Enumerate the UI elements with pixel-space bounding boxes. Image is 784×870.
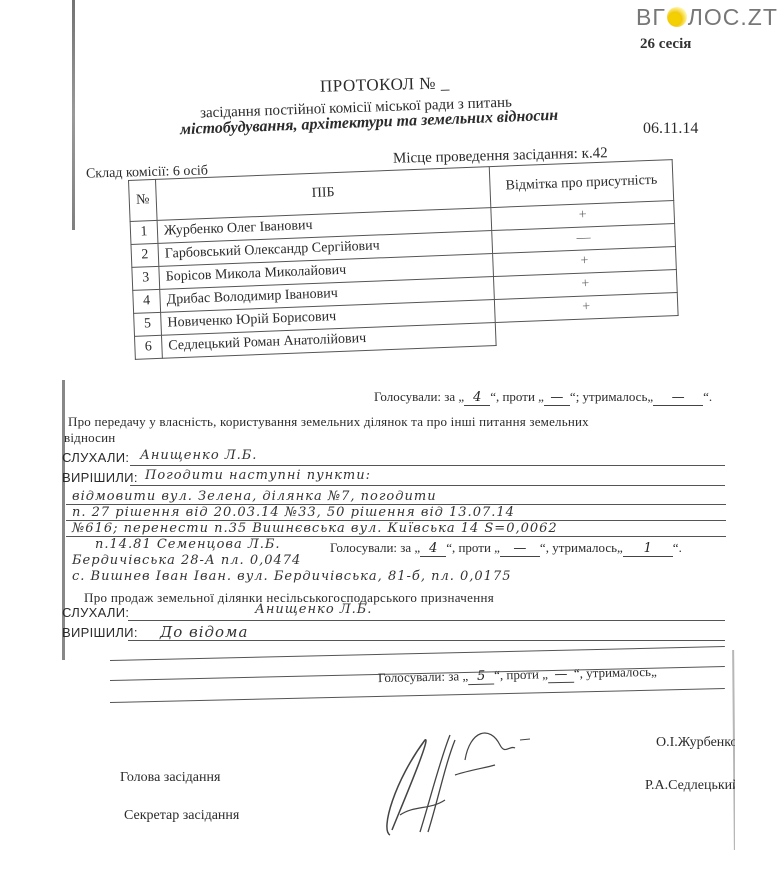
- watermark-logo: ВГЛОС.ZT: [636, 4, 778, 31]
- chair-name: О.І.Журбенко: [656, 735, 737, 751]
- heard-label: СЛУХАЛИ:: [62, 605, 129, 620]
- row-number: 1: [130, 220, 158, 244]
- column-header-number: №: [129, 179, 158, 221]
- agenda-item-text: Про передачу у власність, користування з…: [68, 414, 728, 430]
- attendance-table: № ПІБ Відмітка про присутність 1Журбенко…: [128, 159, 680, 360]
- vote-abstained: —: [653, 390, 703, 406]
- handwritten-line: Бердичівська 28-А пл. 0,0474: [72, 553, 301, 568]
- handwritten-line: №616; перенести п.35 Вишнєвська вул. Киї…: [72, 521, 558, 536]
- underline: [110, 688, 725, 703]
- vote-result-item-2: Голосували: за „5“, проти „—“, утрималос…: [378, 664, 657, 687]
- row-number: 4: [133, 289, 161, 313]
- handwritten-line: с. Вишнев Іван Іван. вул. Бердичівська, …: [72, 569, 511, 584]
- secretary-name: Р.А.Седлецький: [645, 778, 740, 794]
- session-number: 26 сесія: [640, 36, 691, 53]
- agenda-item-text: відносин: [64, 430, 728, 446]
- vote-against: —: [544, 390, 570, 406]
- vote-for: 4: [464, 390, 490, 406]
- vote-label: “; утрималось„: [570, 389, 653, 404]
- underline: [110, 646, 725, 661]
- protocol-title: ПРОТОКОЛ № _: [320, 73, 450, 96]
- scan-edge: [72, 0, 75, 230]
- vote-label: “, утрималось„: [540, 540, 623, 555]
- vote-label: “, проти „: [494, 666, 548, 682]
- vote-abstained: 1: [623, 541, 673, 557]
- vote-label: Голосували: за „: [330, 540, 420, 555]
- row-number: 5: [134, 312, 162, 336]
- decided-label: ВИРІШИЛИ:: [62, 625, 138, 640]
- logo-text: ВГ: [636, 4, 666, 30]
- vote-label: “.: [673, 540, 682, 555]
- agenda-item-1: Про передачу у власність, користування з…: [68, 414, 728, 446]
- underline: [128, 620, 725, 621]
- handwritten-line: п. 27 рішення від 20.03.14 №33, 50 рішен…: [72, 505, 515, 520]
- heard-value: Анищенко Л.Б.: [140, 448, 257, 463]
- vote-label: “, проти „: [490, 389, 544, 404]
- signature-mark: [360, 720, 560, 840]
- vote-result-attendance: Голосували: за „4“, проти „—“; утрималос…: [374, 389, 712, 406]
- decided-value: До відома: [160, 623, 248, 641]
- vote-label: “, проти „: [446, 540, 500, 555]
- logo-circle-icon: [667, 7, 687, 27]
- underline: [130, 485, 725, 486]
- meeting-date: 06.11.14: [643, 120, 698, 138]
- heard-label: СЛУХАЛИ:: [62, 450, 129, 465]
- underline: [128, 640, 725, 641]
- vote-for: 5: [468, 669, 494, 686]
- secretary-label: Секретар засідання: [124, 808, 239, 824]
- page-edge-mask: [735, 640, 784, 870]
- column-header-presence: Відмітка про присутність: [489, 160, 673, 208]
- vote-label: Голосували: за „: [374, 389, 464, 404]
- row-number: 6: [135, 335, 163, 359]
- vote-against: —: [548, 667, 574, 684]
- handwritten-line: п.14.81 Семенцова Л.Б.: [95, 537, 281, 552]
- underline: [130, 465, 725, 466]
- chair-label: Голова засідання: [120, 770, 220, 786]
- vote-label: Голосували: за „: [378, 668, 469, 685]
- decided-value: Погодити наступні пункти:: [145, 468, 371, 483]
- heard-value: Анищенко Л.Б.: [255, 602, 372, 617]
- vote-label: “.: [703, 389, 712, 404]
- row-number: 2: [131, 243, 159, 267]
- row-number: 3: [132, 266, 160, 290]
- handwritten-line: відмовити вул. Зелена, ділянка №7, погод…: [72, 489, 437, 504]
- vote-against: —: [500, 541, 540, 557]
- vote-label: “, утрималось„: [574, 664, 657, 681]
- vote-result-item-1: Голосували: за „4“, проти „—“, утрималос…: [330, 540, 682, 557]
- logo-text: ЛОС.ZT: [688, 4, 778, 30]
- vote-for: 4: [420, 541, 446, 557]
- decided-label: ВИРІШИЛИ:: [62, 470, 138, 485]
